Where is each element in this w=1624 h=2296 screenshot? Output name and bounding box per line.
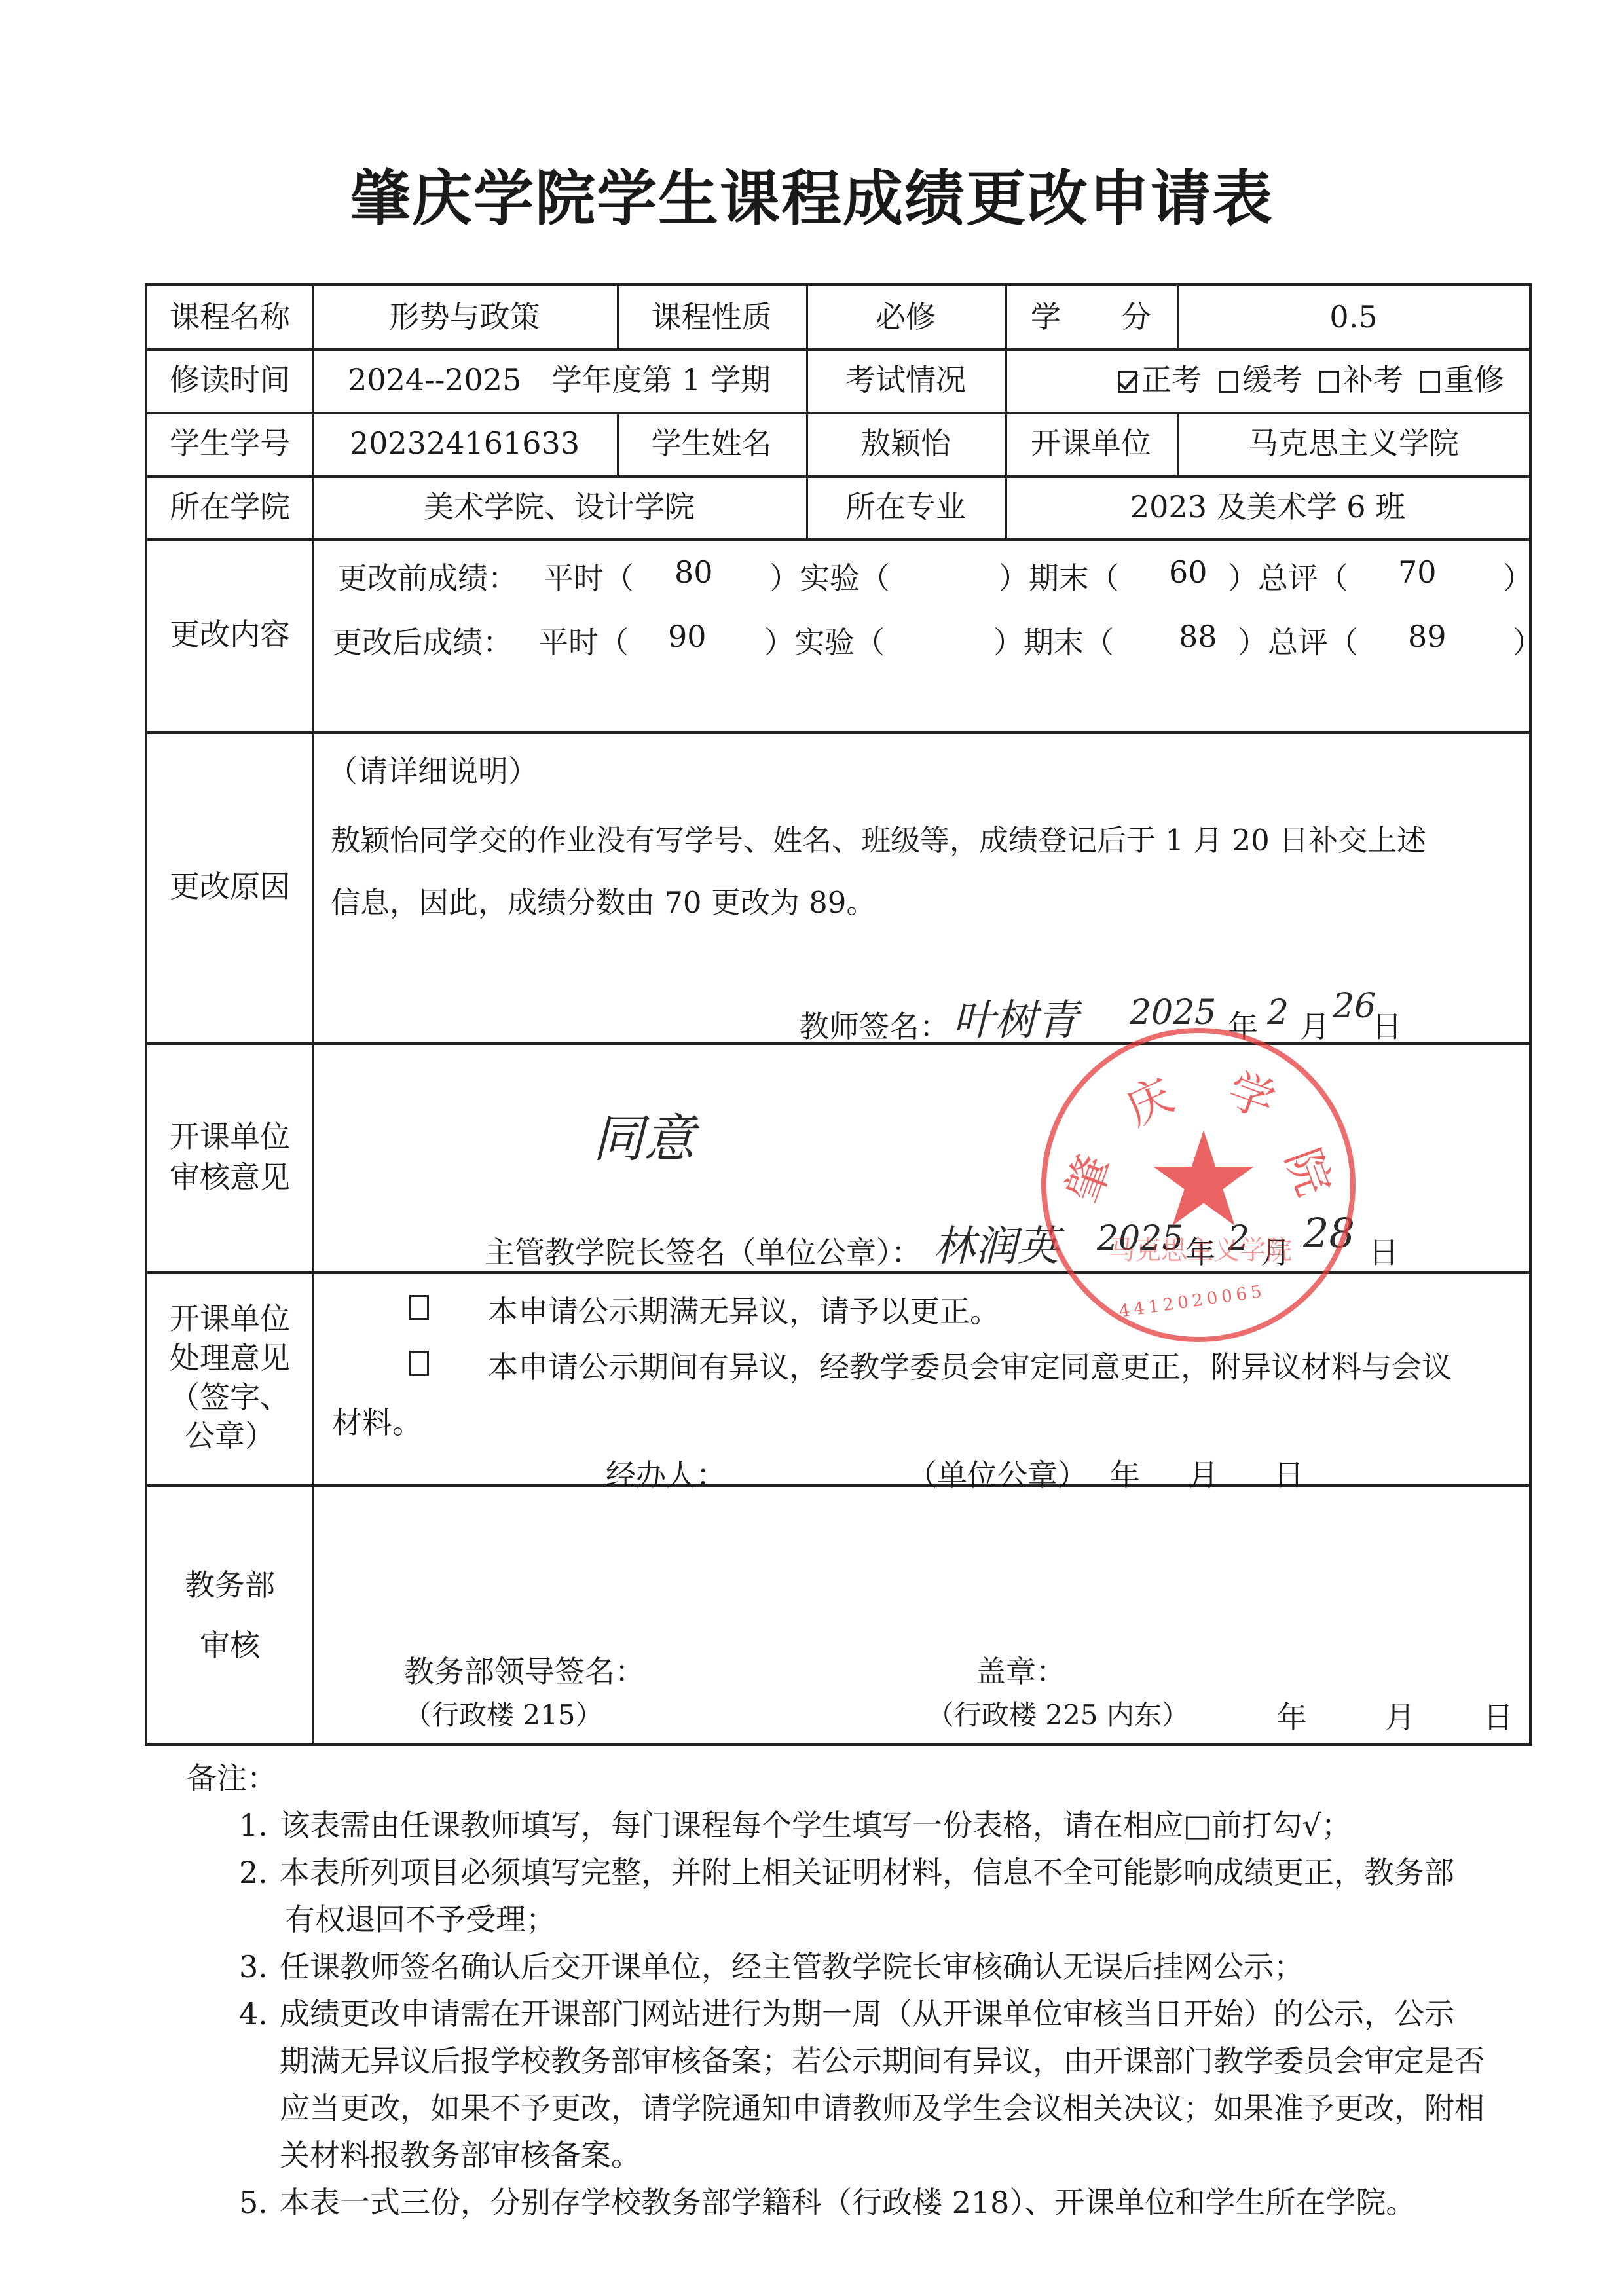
student-id-value: 202324161633: [312, 412, 617, 475]
after-total-score: 89: [1408, 619, 1447, 654]
major-label: 所在专业: [806, 475, 1005, 538]
major-value: 2023 及美术学 6 班: [1005, 475, 1530, 538]
student-name-label: 学生姓名: [617, 412, 806, 475]
offering-unit-value: 马克思主义学院: [1177, 412, 1530, 475]
exam-option-retake[interactable]: 重修: [1420, 359, 1504, 400]
credit-label: 学 分: [1005, 286, 1177, 348]
reason-hint: （请详细说明）: [327, 748, 538, 791]
study-time-value: 2024--2025 学年度第 1 学期: [312, 348, 806, 412]
course-type-value: 必修: [806, 286, 1005, 348]
checkbox-icon[interactable]: [1319, 371, 1339, 393]
offering-unit-label: 开课单位: [1005, 412, 1177, 475]
exam-status-label: 考试情况: [806, 348, 1005, 412]
note-item: 1. 该表需由任课教师填写，每门课程每个学生填写一份表格，请在相应□前打勾√；: [187, 1802, 1624, 1849]
change-reason-label: 更改原因: [147, 731, 312, 1042]
college-value: 美术学院、设计学院: [312, 475, 806, 538]
credit-value: 0.5: [1177, 286, 1530, 348]
official-seal-stamp: ★ 庆 学 肇 院 马克思主义学院 4412020065: [1041, 1028, 1356, 1342]
reason-line-2: 信息，因此，成绩分数由 70 更改为 89。: [331, 879, 876, 921]
before-final-score: 60: [1169, 555, 1208, 590]
row-divider: [147, 1484, 1529, 1487]
before-regular-score: 80: [674, 555, 713, 590]
course-name-label: 课程名称: [147, 286, 312, 348]
student-name-value: 敖颖怡: [806, 412, 1005, 475]
unit-review-opinion: 同意: [593, 1098, 695, 1171]
unit-review-label: 开课单位 审核意见: [147, 1042, 312, 1271]
exam-option-makeup[interactable]: 补考: [1319, 359, 1403, 400]
notes-section: 备注： 1. 该表需由任课教师填写，每门课程每个学生填写一份表格，请在相应□前打…: [187, 1755, 1624, 2226]
unit-process-label: 开课单位 处理意见 （签字、 公章）: [147, 1271, 312, 1484]
after-final-score: 88: [1179, 619, 1217, 654]
stamp-bottom-text: 马克思主义学院: [1109, 1230, 1292, 1267]
checkbox-checked-icon[interactable]: [1118, 371, 1137, 393]
exam-option-regular[interactable]: 正考: [1118, 359, 1202, 400]
teacher-sign-month: 2: [1267, 993, 1289, 1032]
checkbox-icon[interactable]: [1219, 371, 1238, 393]
dean-signature: 林润英: [933, 1212, 1059, 1273]
exam-status-options: 正考 缓考 补考 重修: [1005, 348, 1530, 412]
course-name-value: 形势与政策: [312, 286, 617, 348]
exam-option-deferred[interactable]: 缓考: [1219, 359, 1302, 400]
checkbox-icon[interactable]: [409, 1351, 429, 1376]
college-label: 所在学院: [147, 475, 312, 538]
teacher-sign-year: 2025: [1130, 993, 1216, 1032]
study-time-label: 修读时间: [147, 348, 312, 412]
change-content-label: 更改内容: [147, 538, 312, 731]
reason-line-1: 敖颖怡同学交的作业没有写学号、姓名、班级等，成绩登记后于 1 月 20 日补交上…: [331, 816, 1426, 859]
teacher-sign-day: 26: [1333, 987, 1376, 1026]
document-title: 肇庆学院学生课程成绩更改申请表: [0, 151, 1624, 237]
checkbox-icon[interactable]: [1420, 371, 1440, 393]
before-total-score: 70: [1398, 555, 1437, 590]
teacher-signature: 叶树青: [953, 987, 1079, 1047]
note-item: 4. 成绩更改申请需在开课部门网站进行为期一周（从开课单位审核当日开始）的公示，…: [187, 1990, 1624, 2179]
star-icon: ★: [1138, 1115, 1269, 1246]
academic-affairs-label: 教务部 审核: [147, 1484, 312, 1746]
course-type-label: 课程性质: [617, 286, 806, 348]
note-item: 3. 任课教师签名确认后交开课单位，经主管教学院长审核确认无误后挂网公示；: [187, 1943, 1624, 1990]
checkbox-icon[interactable]: [409, 1295, 429, 1320]
after-regular-score: 90: [668, 619, 707, 654]
notes-heading: 备注：: [187, 1755, 1624, 1802]
note-item: 5. 本表一式三份，分别存学校教务部学籍科（行政楼 218）、开课单位和学生所在…: [187, 2179, 1624, 2226]
application-form-table: 课程名称 形势与政策 课程性质 必修 学 分 0.5 修读时间 2024--20…: [145, 283, 1532, 1746]
row-divider: [147, 538, 1529, 541]
student-id-label: 学生学号: [147, 412, 312, 475]
row-divider: [147, 731, 1529, 734]
note-item: 2. 本表所列项目必须填写完整，并附上相关证明材料，信息不全可能影响成绩更正，教…: [187, 1849, 1624, 1943]
stamp-number: 4412020065: [1118, 1281, 1266, 1321]
